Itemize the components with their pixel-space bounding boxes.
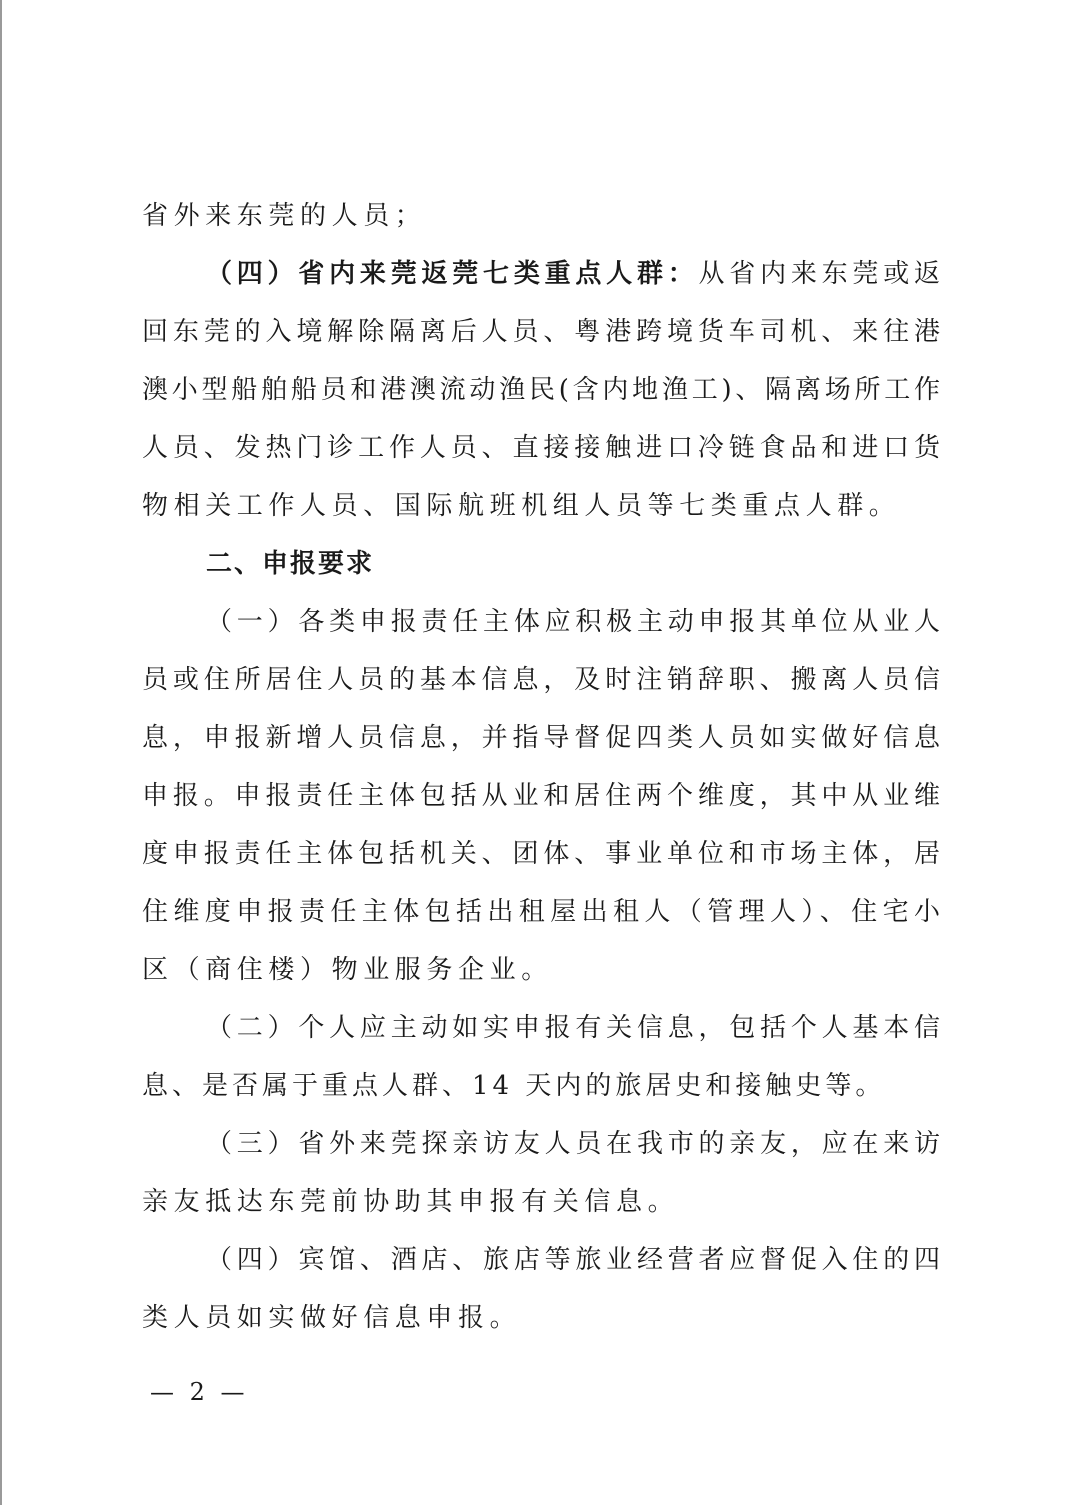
paragraph-line: 省外来东莞的人员； bbox=[142, 196, 940, 236]
section-four-text: 从省内来东莞或返 bbox=[699, 259, 940, 289]
paragraph-line: 申报。申报责任主体包括从业和居住两个维度，其中从业维 bbox=[142, 776, 940, 816]
paragraph-line: （三）省外来莞探亲访友人员在我市的亲友，应在来访 bbox=[206, 1124, 940, 1164]
paragraph-line: 息，申报新增人员信息，并指导督促四类人员如实做好信息 bbox=[142, 718, 940, 758]
paragraph-line: 住维度申报责任主体包括出租屋出租人（管理人）、住宅小 bbox=[142, 892, 940, 932]
section-four-intro-line: （四）省内来莞返莞七类重点人群：从省内来东莞或返 bbox=[206, 254, 940, 294]
paragraph-line: 度申报责任主体包括机关、团体、事业单位和市场主体，居 bbox=[142, 834, 940, 874]
paragraph-line: 区（商住楼）物业服务企业。 bbox=[142, 950, 940, 990]
paragraph-line: （四）宾馆、酒店、旅店等旅业经营者应督促入住的四 bbox=[206, 1240, 940, 1280]
paragraph-line: 亲友抵达东莞前协助其申报有关信息。 bbox=[142, 1182, 940, 1222]
section-four-title: （四）省内来莞返莞七类重点人群： bbox=[206, 259, 699, 289]
paragraph-line: 员或住所居住人员的基本信息，及时注销辞职、搬离人员信 bbox=[142, 660, 940, 700]
page-left-border bbox=[0, 0, 2, 1505]
paragraph-line: 人员、发热门诊工作人员、直接接触进口冷链食品和进口货 bbox=[142, 428, 940, 468]
paragraph-line: 物相关工作人员、国际航班机组人员等七类重点人群。 bbox=[142, 486, 940, 526]
paragraph-line: 回东莞的入境解除隔离后人员、粤港跨境货车司机、来往港 bbox=[142, 312, 940, 352]
paragraph-line: 类人员如实做好信息申报。 bbox=[142, 1298, 940, 1338]
paragraph-line: （一）各类申报责任主体应积极主动申报其单位从业人 bbox=[206, 602, 940, 642]
paragraph-line: 澳小型船舶船员和港澳流动渔民(含内地渔工)、隔离场所工作 bbox=[142, 370, 940, 410]
paragraph-line: （二）个人应主动如实申报有关信息，包括个人基本信 bbox=[206, 1008, 940, 1048]
page-number: — 2 — bbox=[150, 1372, 249, 1412]
paragraph-line: 息、是否属于重点人群、14 天内的旅居史和接触史等。 bbox=[142, 1066, 940, 1106]
section-heading-reporting-requirements: 二、申报要求 bbox=[206, 544, 940, 584]
